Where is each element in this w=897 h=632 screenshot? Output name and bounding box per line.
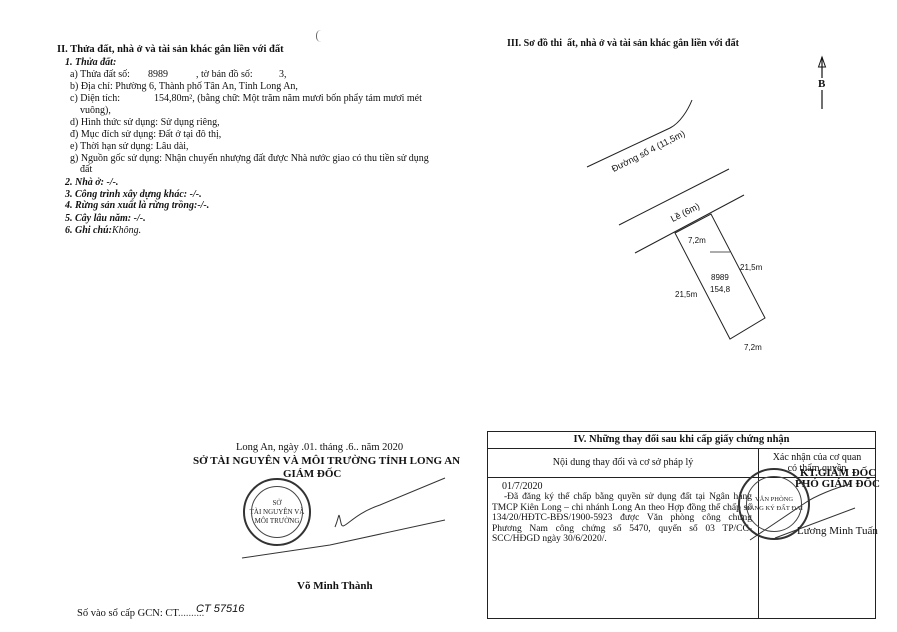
- section-2-title: II. Thửa đất, nhà ở và tài sản khác gắn …: [57, 44, 284, 55]
- change-entry: 01/7/2020 -Đã đăng ký thế chấp bằng quyề…: [488, 478, 759, 619]
- director-name: Võ Minh Thành: [297, 580, 373, 592]
- usage-form-label: d) Hình thức sử dụng:: [70, 117, 158, 128]
- house-label: 2. Nhà ở:: [65, 177, 104, 188]
- forest-row: 4. Rừng sản xuất là rừng trồng:-/-.: [65, 200, 209, 212]
- note-row: 6. Ghi chú:Không.: [65, 225, 141, 237]
- house-row: 2. Nhà ở: -/-.: [65, 177, 118, 189]
- usage-form-value: Sử dụng riêng,: [161, 117, 220, 128]
- entry-date: 01/7/2020: [492, 482, 752, 492]
- deputy-signature: [745, 478, 885, 548]
- purpose-row: đ) Mục đích sử dụng: Đất ở tại đô thị,: [70, 129, 221, 141]
- origin-value: Nhận chuyển nhượng đất được Nhà nước gia…: [165, 153, 429, 164]
- parcel-number-label: 8989: [711, 273, 729, 282]
- origin-row: g) Nguồn gốc sử dụng: Nhận chuyển nhượng…: [70, 153, 429, 165]
- parcel-label: a) Thửa đất số:: [70, 69, 148, 81]
- north-label: B: [818, 78, 825, 90]
- forest-value: -/-.: [197, 200, 209, 211]
- land-heading: 1. Thửa đất:: [65, 57, 116, 69]
- entry-text: -Đã đăng ký thế chấp bằng quyền sử dụng …: [492, 492, 752, 545]
- note-label: 6. Ghi chú:: [65, 225, 112, 236]
- col-confirm-line1: Xác nhận của cơ quan: [759, 452, 875, 463]
- section-4-title: IV. Những thay đổi sau khi cấp giấy chứn…: [488, 432, 876, 449]
- note-value: Không.: [112, 225, 141, 236]
- term-row: e) Thời hạn sử dụng: Lâu dài,: [70, 141, 189, 153]
- perennial-row: 5. Cây lâu năm: -/-.: [65, 213, 146, 225]
- origin-value-cont: đất: [80, 164, 92, 176]
- parcel-number: 8989: [148, 69, 196, 81]
- director-signature: [240, 475, 450, 565]
- house-value: -/-.: [106, 177, 118, 188]
- parcel-row: a) Thửa đất số:8989, tờ bản đồ số:3,: [70, 69, 287, 81]
- map-number: 3,: [279, 69, 287, 80]
- perennial-value: -/-.: [134, 213, 146, 224]
- issue-date: Long An, ngày .01. tháng .6.. năm 2020: [236, 442, 403, 454]
- perennial-label: 5. Cây lâu năm:: [65, 213, 131, 224]
- registry-label: Số vào sổ cấp GCN: CT: [77, 608, 178, 619]
- term-label: e) Thời hạn sử dụng:: [70, 141, 153, 152]
- dim-bottom: 7,2m: [744, 343, 762, 352]
- dim-top: 7,2m: [688, 236, 706, 245]
- address-row: b) Địa chỉ: Phường 6, Thành phố Tân An, …: [70, 81, 298, 93]
- area-row: c) Diện tích:154,80m², (bằng chữ: Một tr…: [70, 93, 422, 105]
- term-value: Lâu dài,: [156, 141, 189, 152]
- registry-row: Số vào sổ cấp GCN: CT..........: [77, 608, 204, 620]
- other-construction-label: 3. Công trình xây dựng khác:: [65, 189, 187, 200]
- other-construction-value: -/-.: [190, 189, 202, 200]
- usage-form-row: d) Hình thức sử dụng: Sử dụng riêng,: [70, 117, 220, 129]
- purpose-label: đ) Mục đích sử dụng:: [70, 129, 156, 140]
- parcel-area-label: 154,8: [710, 285, 730, 294]
- dim-right: 21,5m: [740, 263, 762, 272]
- col-content-header: Nội dung thay đổi và cơ sở pháp lý: [488, 449, 759, 478]
- address-label: b) Địa chỉ:: [70, 81, 113, 92]
- section-3-title-left: III. Sơ đồ thi: [507, 38, 562, 49]
- purpose-value: Đất ở tại đô thị,: [158, 129, 221, 140]
- issuing-agency: SỞ TÀI NGUYÊN VÀ MÔI TRƯỜNG TỈNH LONG AN: [193, 455, 460, 467]
- site-plan: [570, 95, 810, 360]
- section-3-title-right: ất, nhà ở và tài sản khác gắn liền với đ…: [567, 38, 739, 49]
- area-value-cont: vuông),: [80, 105, 111, 117]
- area-label: c) Diện tích:: [70, 93, 154, 105]
- origin-label: g) Nguồn gốc sử dụng:: [70, 153, 162, 164]
- scan-mark: [316, 30, 321, 42]
- address-value: Phường 6, Thành phố Tân An, Tỉnh Long An…: [115, 81, 298, 92]
- deputy-name: Lương Minh Tuấn: [797, 525, 878, 537]
- forest-label: 4. Rừng sản xuất là rừng trồng:: [65, 200, 197, 211]
- area-value: 154,80m², (bằng chữ: Một trăm năm mươi b…: [154, 93, 422, 104]
- dim-left: 21,5m: [675, 290, 697, 299]
- map-label: , tờ bản đồ số:: [196, 69, 279, 81]
- registry-number: CT 57516: [196, 603, 244, 615]
